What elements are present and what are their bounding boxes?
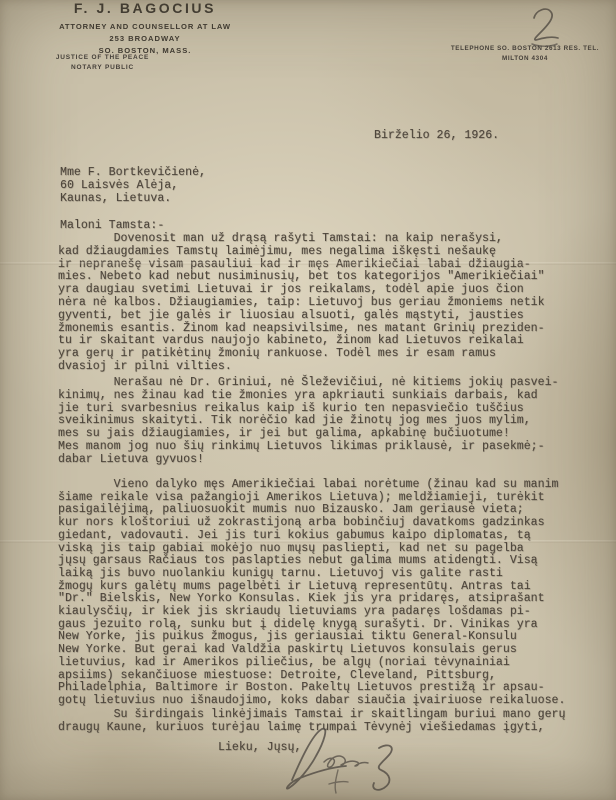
- scanned-letter-page: JUSTICE OF THE PEACE NOTARY PUBLIC TELEP…: [0, 0, 616, 800]
- letterhead-left-block: JUSTICE OF THE PEACE NOTARY PUBLIC: [40, 53, 165, 72]
- paragraph-3: Vieno dalyko męs Amerikiečiai labai norė…: [58, 479, 565, 708]
- letterhead-title: ATTORNEY AND COUNSELLOR AT LAW: [0, 22, 290, 31]
- letterhead-name: F. J. BAGOCIUS: [0, 0, 290, 16]
- letterhead-center-block: F. J. BAGOCIUS ATTORNEY AND COUNSELLOR A…: [0, 0, 290, 55]
- paragraph-4: Su širdingais linkėjimais Tamstai ir ska…: [58, 709, 565, 735]
- salutation: Maloni Tamsta:-: [60, 220, 164, 233]
- letterhead-street: 253 BROADWAY: [0, 34, 290, 43]
- closing-line: Lieku, Jųsų,: [218, 742, 301, 755]
- paragraph-2: Nerašau nė Dr. Griniui, nė Šleževičiui, …: [58, 377, 558, 467]
- letterhead-right-block: TELEPHONE SO. BOSTON 2613 RES. TEL. MILT…: [446, 44, 604, 63]
- letter-date: Birželio 26, 1926.: [374, 130, 499, 143]
- recipient-address: Mme F. Bortkevičienė, 60 Laisvės Alėja, …: [60, 167, 206, 205]
- handwritten-page-number: [520, 2, 580, 50]
- paragraph-1: Dovenosit man už drąsą rašyti Tamstai: n…: [58, 233, 545, 374]
